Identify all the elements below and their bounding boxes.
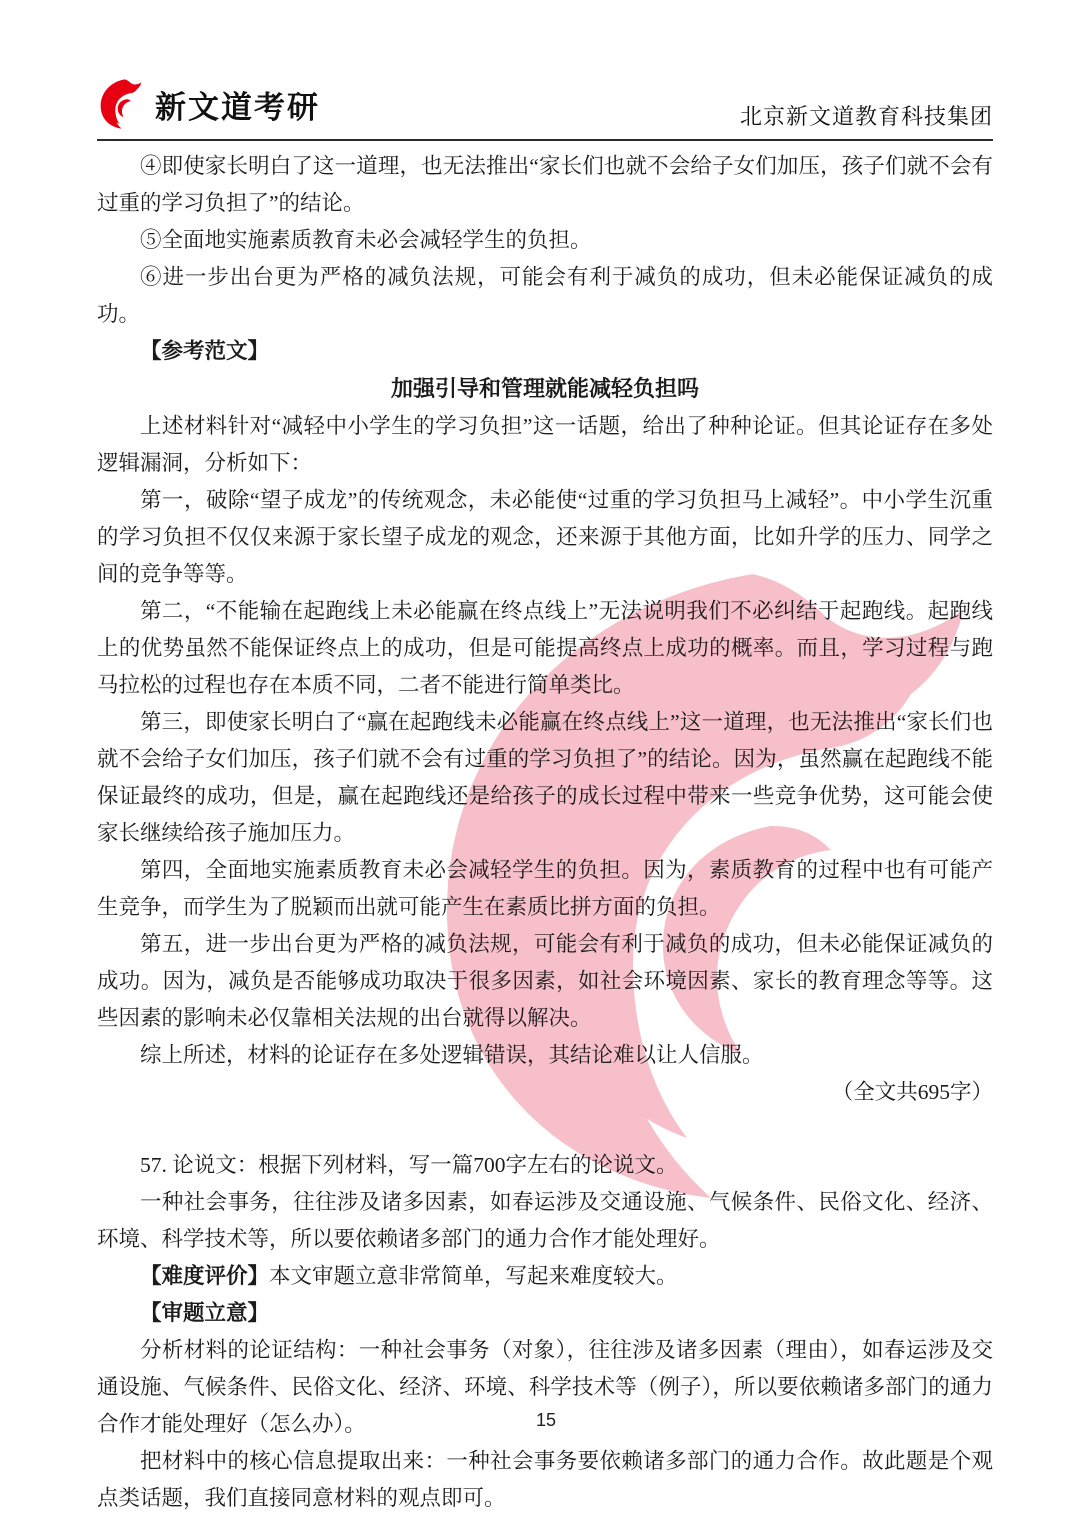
essay-paragraph: 综上所述，材料的论证存在多处逻辑错误，其结论难以让人信服。 [97, 1037, 993, 1074]
intro-list: ④即使家长明白了这一道理，也无法推出“家长们也就不会给子女们加压，孩子们就不会有… [97, 148, 993, 333]
word-count-note: （全文共695字） [97, 1074, 993, 1111]
reference-essay-label: 【参考范文】 [97, 333, 993, 370]
analysis-label: 【审题立意】 [97, 1295, 993, 1332]
essay-paragraph: 第四，全面地实施素质教育未必会减轻学生的负担。因为，素质教育的过程中也有可能产生… [97, 852, 993, 926]
header-company-name: 北京新文道教育科技集团 [740, 106, 993, 130]
question-block: 57. 论说文：根据下列材料，写一篇700字左右的论说文。 一种社会事务，往往涉… [97, 1147, 993, 1517]
essay-paragraph: 第二，“不能输在起跑线上未必能赢在终点线上”无法说明我们不必纠结于起跑线。起跑线… [97, 593, 993, 704]
document-body: ④即使家长明白了这一道理，也无法推出“家长们也就不会给子女们加压，孩子们就不会有… [97, 148, 993, 1517]
intro-item: ⑥进一步出台更为严格的减负法规，可能会有利于减负的成功，但未必能保证减负的成功。 [97, 259, 993, 333]
essay-title: 加强引导和管理就能减轻负担吗 [97, 370, 993, 408]
page-footer: 15 [0, 1410, 1092, 1431]
brand-logo-text: 新文道考研 [155, 82, 320, 127]
document-page: 新文道考研 北京新文道教育科技集团 ④即使家长明白了这一道理，也无法推出“家长们… [0, 0, 1092, 1535]
essay-paragraph: 第一，破除“望子成龙”的传统观念，未必能使“过重的学习负担马上减轻”。中小学生沉… [97, 482, 993, 593]
essay-paragraphs: 上述材料针对“减轻中小学生的学习负担”这一话题，给出了种种论证。但其论证存在多处… [97, 408, 993, 1074]
essay-paragraph: 第三，即使家长明白了“赢在起跑线未必能赢在终点线上”这一道理，也无法推出“家长们… [97, 704, 993, 852]
brand-logo: 新文道考研 [97, 78, 320, 130]
analysis-paragraph: 把材料中的核心信息提取出来：一种社会事务要依赖诸多部门的通力合作。故此题是个观点… [97, 1443, 993, 1517]
phoenix-logo-icon [97, 78, 145, 130]
essay-paragraph: 第五，进一步出台更为严格的减负法规，可能会有利于减负的成功，但未必能保证减负的成… [97, 926, 993, 1037]
intro-item: ④即使家长明白了这一道理，也无法推出“家长们也就不会给子女们加压，孩子们就不会有… [97, 148, 993, 222]
difficulty-line: 【难度评价】本文审题立意非常简单，写起来难度较大。 [97, 1258, 993, 1295]
question-material: 一种社会事务，往往涉及诸多因素，如春运涉及交通设施、气候条件、民俗文化、经济、环… [97, 1184, 993, 1258]
intro-item: ⑤全面地实施素质教育未必会减轻学生的负担。 [97, 222, 993, 259]
difficulty-text: 本文审题立意非常简单，写起来难度较大。 [269, 1264, 678, 1288]
question-lead: 57. 论说文：根据下列材料，写一篇700字左右的论说文。 [97, 1147, 993, 1184]
difficulty-label: 【难度评价】 [140, 1264, 269, 1288]
page-number: 15 [536, 1410, 556, 1430]
essay-paragraph: 上述材料针对“减轻中小学生的学习负担”这一话题，给出了种种论证。但其论证存在多处… [97, 408, 993, 482]
page-header: 新文道考研 北京新文道教育科技集团 [97, 78, 993, 141]
